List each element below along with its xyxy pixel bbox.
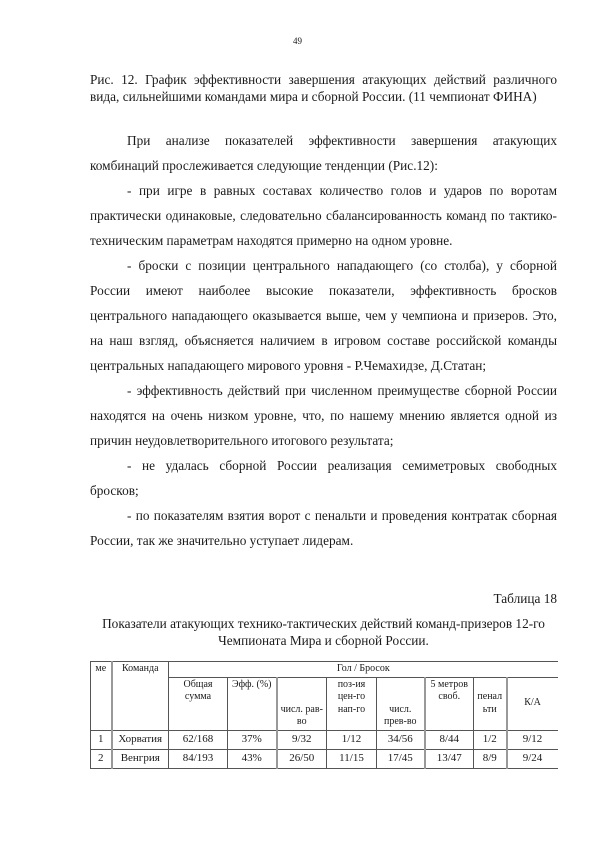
header-group: Гол / Бросок — [169, 662, 558, 678]
header-five-meter: 5 метров своб. — [425, 677, 474, 730]
paragraph: - эффективность действий при численном п… — [90, 378, 557, 453]
cell-team: Венгрия — [112, 749, 169, 768]
header-efficiency: Эфф. (%) — [228, 677, 277, 730]
cell: 9/24 — [507, 749, 558, 768]
cell-place: 2 — [91, 749, 112, 768]
body-text: При анализе показателей эффективности за… — [90, 128, 557, 553]
cell: 26/50 — [277, 749, 327, 768]
header-penalty: пенал ьти — [474, 677, 507, 730]
cell: 17/45 — [377, 749, 425, 768]
cell: 1/2 — [474, 730, 507, 749]
paragraph: При анализе показателей эффективности за… — [90, 128, 557, 178]
header-even-strength: числ. рав-во — [277, 677, 327, 730]
cell: 1/12 — [327, 730, 377, 749]
page-number: 49 — [0, 36, 595, 46]
cell: 84/193 — [169, 749, 228, 768]
header-counterattack: К/А — [507, 677, 558, 730]
paragraph: - по показателям взятия ворот с пенальти… — [90, 503, 557, 553]
cell: 9/32 — [277, 730, 327, 749]
cell: 13/47 — [425, 749, 474, 768]
cell-place: 1 — [91, 730, 112, 749]
paragraph: - при игре в равных составах количество … — [90, 178, 557, 253]
cell: 62/168 — [169, 730, 228, 749]
cell: 11/15 — [327, 749, 377, 768]
cell: 34/56 — [377, 730, 425, 749]
paragraph: - не удалась сборной России реализация с… — [90, 453, 557, 503]
cell: 8/9 — [474, 749, 507, 768]
header-team: Команда — [112, 662, 169, 731]
figure-caption: Рис. 12. График эффективности завершения… — [90, 71, 557, 105]
header-place: ме — [91, 662, 112, 731]
cell: 37% — [228, 730, 277, 749]
paragraph: - броски с позиции центрального нападающ… — [90, 253, 557, 378]
cell: 9/12 — [507, 730, 558, 749]
header-power-play: числ. прев-во — [377, 677, 425, 730]
cell: 43% — [228, 749, 277, 768]
header-total: Общая сумма — [169, 677, 228, 730]
cell-team: Хорватия — [112, 730, 169, 749]
table-row: 1 Хорватия 62/168 37% 9/32 1/12 34/56 8/… — [91, 730, 558, 749]
table-title: Показатели атакующих технико-тактических… — [80, 615, 567, 649]
header-center-forward: поз-ия цен-го нап-го — [327, 677, 377, 730]
stats-table: ме Команда Гол / Бросок Общая сумма Эфф.… — [90, 661, 558, 769]
table-row: 2 Венгрия 84/193 43% 26/50 11/15 17/45 1… — [91, 749, 558, 768]
cell: 8/44 — [425, 730, 474, 749]
table-label: Таблица 18 — [493, 591, 557, 607]
